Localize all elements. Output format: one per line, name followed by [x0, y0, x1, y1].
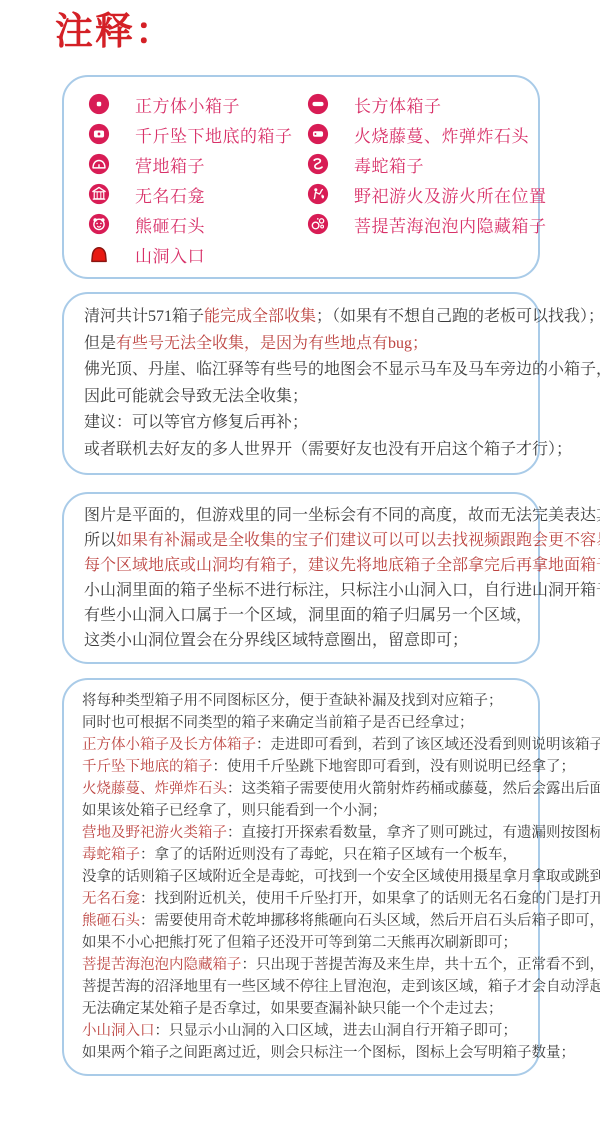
note-text-red: 熊砸石头 — [82, 913, 140, 929]
note-line: 营地及野祀游火类箱子：直接打开探索看数量，拿齐了则可跳过，有遗漏则按图标去找即可… — [82, 822, 528, 844]
legend-item: 毒蛇箱子 — [307, 152, 530, 177]
note-text: 或者联机去好友的多人世界开（需要好友也没有开启这个箱子才行）； — [84, 441, 572, 458]
note-line: 无法确定某处箱子是否拿过，如果要查漏补缺只能一个个走过去； — [82, 998, 528, 1020]
underground-box-icon — [88, 123, 110, 145]
legend-item: 山洞入口 — [88, 242, 307, 267]
legend-item: 野祀游火及游火所在位置 — [307, 182, 547, 207]
note-text: ；（如果有不想自己跑的老板可以找我）； — [316, 308, 600, 325]
note-line: 图片是平面的，但游戏里的同一坐标会有不同的高度，故而无法完美表达其位置； — [84, 503, 526, 528]
note-text-red: 菩提苦海泡泡内隐藏箱子 — [82, 957, 242, 973]
note-text: 小山洞里面的箱子坐标不进行标注，只标注小山洞入口，自行进山洞开箱子即可； — [84, 582, 600, 599]
note-text-red: 火烧藤蔓、炸弹炸石头 — [82, 781, 227, 797]
legend-label: 山洞入口 — [135, 242, 205, 267]
note-text: ：只出现于菩提苦海及来生岸，共十五个，正常看不到， — [242, 957, 600, 973]
note-line: 无名石龛：找到附近机关，使用千斤坠打开，如果拿了的话则无名石龛的门是打开的； — [82, 888, 528, 910]
legend-label: 长方体箱子 — [354, 92, 442, 117]
legend-item: 熊砸石头 — [88, 212, 307, 237]
note-text: 无法确定某处箱子是否拿过，如果要查漏补缺只能一个个走过去； — [82, 1001, 503, 1017]
note-text: 菩提苦海的沼泽地里有一些区域不停往上冒泡泡，走到该区域，箱子才会自动浮起来； — [82, 979, 600, 995]
note-text: 所以 — [84, 532, 116, 549]
note-text-red: 营地及野祀游火类箱子 — [82, 825, 227, 841]
note-text: ：直接打开探索看数量，拿齐了则可跳过，有遗漏则按图标去找即可； — [227, 825, 600, 841]
note-line: 但是有些号无法全收集，是因为有些地点有bug； — [84, 331, 526, 358]
stone-shrine-icon — [88, 183, 110, 205]
explosive-box-icon — [307, 123, 329, 145]
note-text: 清河共计571箱子 — [84, 308, 204, 325]
note-text-red: 如果有补漏或是全收集的宝子们建议可以可以去找视频跟跑会更不容易出错； — [116, 532, 600, 549]
note-line: 这类小山洞位置会在分界线区域特意圈出，留意即可； — [84, 628, 526, 653]
note-line: 每个区域地底或山洞均有箱子，建议先将地底箱子全部拿完后再拿地面箱子； — [84, 553, 526, 578]
note-text: ：使用千斤坠跳下地窖即可看到，没有则说明已经拿了； — [213, 759, 576, 775]
note-text: ：找到附近机关，使用千斤坠打开，如果拿了的话则无名石龛的门是打开的； — [140, 891, 600, 907]
note-line: 菩提苦海的沼泽地里有一些区域不停往上冒泡泡，走到该区域，箱子才会自动浮起来； — [82, 976, 528, 998]
legend-row: 营地箱子毒蛇箱子 — [88, 149, 530, 179]
note-line: 没拿的话则箱子区域附近全是毒蛇，可找到一个安全区域使用摄星拿月拿取或跳到中间直接… — [82, 866, 528, 888]
note-text: ：这类箱子需要使用火箭射炸药桶或藤蔓，然后会露出后面的一个小洞， — [227, 781, 600, 797]
note-text-red: 正方体小箱子及长方体箱子 — [82, 737, 256, 753]
notes-box-position: 图片是平面的，但游戏里的同一坐标会有不同的高度，故而无法完美表达其位置；所以如果… — [62, 492, 540, 664]
note-text-red: 小山洞入口 — [82, 1023, 155, 1039]
legend-item: 无名石龛 — [88, 182, 307, 207]
legend-row: 山洞入口 — [88, 239, 530, 269]
legend-row: 正方体小箱子长方体箱子 — [88, 89, 530, 119]
legend-row: 千斤坠下地底的箱子火烧藤蔓、炸弹炸石头 — [88, 119, 530, 149]
note-line: 同时也可根据不同类型的箱子来确定当前箱子是否已经拿过； — [82, 712, 528, 734]
note-text: 如果两个箱子之间距离过近，则会只标注一个图标，图标上会写明箱子数量； — [82, 1045, 575, 1061]
note-line: 清河共计571箱子能完成全部收集；（如果有不想自己跑的老板可以找我）； — [84, 304, 526, 331]
note-line: 或者联机去好友的多人世界开（需要好友也没有开启这个箱子才行）； — [84, 437, 526, 464]
legend-label: 菩提苦海泡泡内隐藏箱子 — [354, 212, 547, 237]
note-line: 小山洞入口：只显示小山洞的入口区域，进去山洞自行开箱子即可； — [82, 1020, 528, 1042]
note-text: 如果该处箱子已经拿了，则只能看到一个小洞； — [82, 803, 387, 819]
legend-item: 营地箱子 — [88, 152, 307, 177]
note-line: 如果不小心把熊打死了但箱子还没开可等到第二天熊再次刷新即可； — [82, 932, 528, 954]
legend-label: 无名石龛 — [135, 182, 205, 207]
legend-label: 营地箱子 — [135, 152, 205, 177]
note-line: 毒蛇箱子：拿了的话附近则没有了毒蛇，只在箱子区域有一个板车， — [82, 844, 528, 866]
note-text-red: 能完成全部收集 — [204, 308, 316, 325]
page-title: 注释： — [55, 8, 600, 57]
note-line: 千斤坠下地底的箱子：使用千斤坠跳下地窖即可看到，没有则说明已经拿了； — [82, 756, 528, 778]
note-line: 熊砸石头：需要使用奇术乾坤挪移将熊砸向石头区域，然后开启石头后箱子即可， — [82, 910, 528, 932]
note-text: 将每种类型箱子用不同图标区分，便于查缺补漏及找到对应箱子； — [82, 693, 503, 709]
bear-rock-icon — [88, 213, 110, 235]
note-text: 但是 — [84, 335, 116, 352]
legend-item: 长方体箱子 — [307, 92, 530, 117]
note-text-red: 有些号无法全收集，是因为有些地点有bug； — [116, 335, 428, 352]
note-line: 因此可能就会导致无法全收集； — [84, 384, 526, 411]
note-text: ：拿了的话附近则没有了毒蛇，只在箱子区域有一个板车， — [140, 847, 517, 863]
legend-label: 正方体小箱子 — [135, 92, 240, 117]
legend-label: 熊砸石头 — [135, 212, 205, 237]
legend-label: 千斤坠下地底的箱子 — [135, 122, 293, 147]
note-text: 如果不小心把熊打死了但箱子还没开可等到第二天熊再次刷新即可； — [82, 935, 517, 951]
note-text: 佛光顶、丹崖、临江驿等有些号的地图会不显示马车及马车旁边的小箱子， — [84, 361, 600, 378]
note-text-red: 千斤坠下地底的箱子 — [82, 759, 213, 775]
note-line: 所以如果有补漏或是全收集的宝子们建议可以可以去找视频跟跑会更不容易出错； — [84, 528, 526, 553]
note-text: ：只显示小山洞的入口区域，进去山洞自行开箱子即可； — [155, 1023, 518, 1039]
note-line: 如果两个箱子之间距离过近，则会只标注一个图标，图标上会写明箱子数量； — [82, 1042, 528, 1064]
note-line: 如果该处箱子已经拿了，则只能看到一个小洞； — [82, 800, 528, 822]
note-text-red: 每个区域地底或山洞均有箱子，建议先将地底箱子全部拿完后再拿地面箱子； — [84, 557, 600, 574]
note-line: 建议：可以等官方修复后再补； — [84, 410, 526, 437]
note-text: 这类小山洞位置会在分界线区域特意圈出，留意即可； — [84, 632, 468, 649]
note-line: 小山洞里面的箱子坐标不进行标注，只标注小山洞入口，自行进山洞开箱子即可； — [84, 578, 526, 603]
note-line: 火烧藤蔓、炸弹炸石头：这类箱子需要使用火箭射炸药桶或藤蔓，然后会露出后面的一个小… — [82, 778, 528, 800]
note-text: 同时也可根据不同类型的箱子来确定当前箱子是否已经拿过； — [82, 715, 474, 731]
note-line: 佛光顶、丹崖、临江驿等有些号的地图会不显示马车及马车旁边的小箱子， — [84, 357, 526, 384]
note-line: 正方体小箱子及长方体箱子：走进即可看到，若到了该区域还没看到则说明该箱子已经拿了… — [82, 734, 528, 756]
cuboid-box-icon — [307, 93, 329, 115]
note-text-red: 无名石龛 — [82, 891, 140, 907]
note-line: 将每种类型箱子用不同图标区分，便于查缺补漏及找到对应箱子； — [82, 690, 528, 712]
note-text: 建议：可以等官方修复后再补； — [84, 414, 308, 431]
legend-item: 正方体小箱子 — [88, 92, 307, 117]
snake-box-icon — [307, 153, 329, 175]
notes-box-icon-types: 将每种类型箱子用不同图标区分，便于查缺补漏及找到对应箱子；同时也可根据不同类型的… — [62, 678, 540, 1076]
legend-label: 火烧藤蔓、炸弹炸石头 — [354, 122, 529, 147]
cube-small-box-icon — [88, 93, 110, 115]
note-text: 没拿的话则箱子区域附近全是毒蛇，可找到一个安全区域使用摄星拿月拿取或跳到中间直接… — [82, 869, 600, 885]
legend-grid: 正方体小箱子长方体箱子千斤坠下地底的箱子火烧藤蔓、炸弹炸石头营地箱子毒蛇箱子无名… — [88, 89, 530, 269]
note-text: 因此可能就会导致无法全收集； — [84, 388, 308, 405]
note-text-red: 毒蛇箱子 — [82, 847, 140, 863]
legend-item: 火烧藤蔓、炸弹炸石头 — [307, 122, 530, 147]
note-line: 有些小山洞入口属于一个区域，洞里面的箱子归属另一个区域， — [84, 603, 526, 628]
camp-box-icon — [88, 153, 110, 175]
legend-item: 千斤坠下地底的箱子 — [88, 122, 307, 147]
legend-label: 野祀游火及游火所在位置 — [354, 182, 547, 207]
note-text: ：走进即可看到，若到了该区域还没看到则说明该箱子已经拿了； — [256, 737, 600, 753]
note-text: 有些小山洞入口属于一个区域，洞里面的箱子归属另一个区域， — [84, 607, 532, 624]
note-text: ：需要使用奇术乾坤挪移将熊砸向石头区域，然后开启石头后箱子即可， — [140, 913, 600, 929]
legend-row: 熊砸石头菩提苦海泡泡内隐藏箱子 — [88, 209, 530, 239]
cave-entrance-icon — [88, 243, 110, 265]
wildfire-icon — [307, 183, 329, 205]
legend-row: 无名石龛野祀游火及游火所在位置 — [88, 179, 530, 209]
legend-item: 菩提苦海泡泡内隐藏箱子 — [307, 212, 547, 237]
bubble-hidden-box-icon — [307, 213, 329, 235]
notes-box-collection: 清河共计571箱子能完成全部收集；（如果有不想自己跑的老板可以找我）；但是有些号… — [62, 292, 540, 475]
note-text: 图片是平面的，但游戏里的同一坐标会有不同的高度，故而无法完美表达其位置； — [84, 507, 600, 524]
legend-box: 正方体小箱子长方体箱子千斤坠下地底的箱子火烧藤蔓、炸弹炸石头营地箱子毒蛇箱子无名… — [62, 75, 540, 279]
note-line: 菩提苦海泡泡内隐藏箱子：只出现于菩提苦海及来生岸，共十五个，正常看不到， — [82, 954, 528, 976]
legend-label: 毒蛇箱子 — [354, 152, 424, 177]
